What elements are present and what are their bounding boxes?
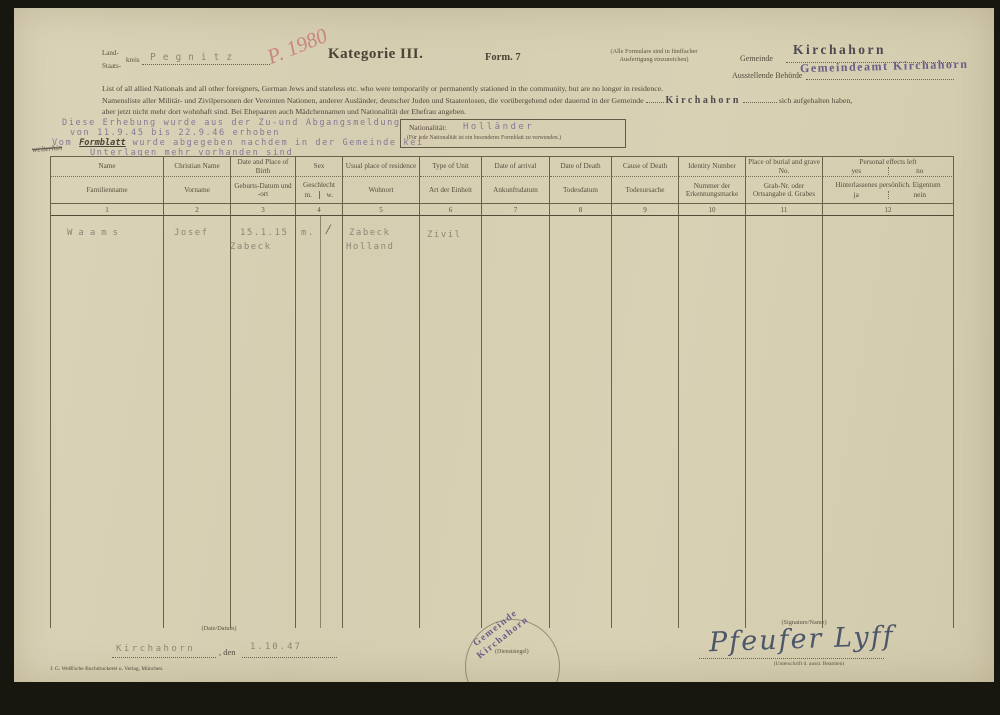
nationality-value: Holländer bbox=[463, 122, 534, 132]
body-col-geburt: 15.1.15 Zabeck bbox=[231, 216, 296, 628]
col-num-4: 4 bbox=[296, 204, 343, 216]
register-table: Name Christian Name Date and Place of Bi… bbox=[50, 156, 954, 628]
body-col-name: Waams bbox=[51, 216, 164, 628]
col-header-de-vorname: Vorname bbox=[164, 177, 231, 204]
printer-imprint: J. G. Weiß'sche Buchdruckerei u. Verlag,… bbox=[50, 666, 164, 672]
col-header-en-unit: Type of Unit bbox=[420, 157, 482, 177]
col-header-en-identity: Identity Number bbox=[679, 157, 746, 177]
behoerde-label: Ausstellende Behörde bbox=[732, 71, 802, 80]
nationality-label: Nationalität: bbox=[409, 123, 447, 132]
place-value: Kirchahorn bbox=[116, 644, 195, 654]
col-num-6: 6 bbox=[420, 204, 482, 216]
col-header-en-effects-title: Personal effects left bbox=[860, 158, 917, 166]
effects-yes-label: yes bbox=[825, 167, 888, 175]
entry-unit: Zivil bbox=[427, 230, 462, 240]
effects-no-label: no bbox=[889, 167, 952, 175]
kreis-label: kreis bbox=[126, 56, 140, 64]
entry-residence-line1: Zabeck bbox=[349, 228, 391, 238]
body-col-erkennungsmarke bbox=[679, 216, 746, 628]
col-header-de-ankunft: Ankunftsdatum bbox=[482, 177, 550, 204]
col-header-en-christian-name: Christian Name bbox=[164, 157, 231, 177]
form-paper: Land- Staats- kreis Pegnitz P. 1980 Kate… bbox=[14, 8, 994, 682]
body-col-ankunft bbox=[482, 216, 550, 628]
col-header-en-burial: Place of burial and grave No. bbox=[746, 157, 823, 177]
col-header-en-sex: Sex bbox=[296, 157, 343, 177]
intro-line-en: List of all allied Nationals and all oth… bbox=[102, 84, 957, 94]
nationality-note: (Für jede Nationalität ist ein besondere… bbox=[407, 135, 561, 141]
eigentum-ja-label: ja bbox=[825, 191, 888, 199]
col-header-de-todesursache: Todesursache bbox=[612, 177, 679, 204]
col-header-de-erkennungsmarke: Nummer der Erkennungsmarke bbox=[679, 177, 746, 204]
geschlecht-w-label: w. bbox=[320, 191, 341, 199]
eigentum-sub: ja nein bbox=[825, 191, 951, 199]
intro-line-de-text: Namensliste aller Militär- und Zivilpers… bbox=[102, 96, 644, 105]
col-num-9: 9 bbox=[612, 204, 679, 216]
body-col-grab bbox=[746, 216, 823, 628]
land-label: Land- bbox=[102, 49, 119, 57]
typed-note-line1: Diese Erhebung wurde aus der Zu-und Abga… bbox=[62, 118, 401, 128]
margin-handwritten-note: weiterhin bbox=[32, 143, 63, 154]
col-header-en-death-cause: Cause of Death bbox=[612, 157, 679, 177]
col-num-11: 11 bbox=[746, 204, 823, 216]
col-num-10: 10 bbox=[679, 204, 746, 216]
seal-label: (Dienstsiegel) bbox=[495, 649, 529, 655]
signature-dotted-line bbox=[699, 645, 884, 659]
body-col-eigentum bbox=[823, 216, 954, 628]
typed-note-line2: von 11.9.45 bis 22.9.46 erhoben bbox=[70, 128, 280, 138]
col-num-7: 7 bbox=[482, 204, 550, 216]
intro-dots-right bbox=[743, 102, 777, 103]
den-label: , den bbox=[219, 647, 236, 657]
document-scan: { "header": { "land_label": "Land-", "st… bbox=[0, 0, 1000, 715]
sex-column-divider bbox=[320, 216, 321, 628]
intro-line-de-tail: sich aufgehalten haben, bbox=[779, 96, 852, 105]
body-col-sex: m. / bbox=[296, 216, 343, 628]
col-header-de-grab: Grab-Nr. oder Ortsangabe d. Grabes bbox=[746, 177, 823, 204]
red-archival-mark: P. 1980 bbox=[264, 23, 331, 70]
body-col-vorname: Josef bbox=[164, 216, 231, 628]
geschlecht-m-label: m. bbox=[298, 191, 319, 199]
col-header-de-name: Familienname bbox=[51, 177, 164, 204]
entry-birth-place: Zabeck bbox=[230, 242, 272, 252]
eigentum-nein-label: nein bbox=[889, 191, 952, 199]
staats-label: Staats- bbox=[102, 62, 121, 70]
col-header-en-arrival: Date of arrival bbox=[482, 157, 550, 177]
col-num-12: 12 bbox=[823, 204, 954, 216]
entry-name: Waams bbox=[67, 228, 124, 238]
col-header-en-effects: Personal effects left yes no bbox=[823, 157, 954, 177]
intro-line-de2: aber jetzt nicht mehr dort wohnhaft sind… bbox=[102, 107, 957, 117]
col-header-de-todesdatum: Todesdatum bbox=[550, 177, 612, 204]
col-num-3: 3 bbox=[231, 204, 296, 216]
gemeinde-label: Gemeinde bbox=[740, 54, 773, 63]
col-header-en-birth: Date and Place of Birth bbox=[231, 157, 296, 177]
gemeinde-stamp: Kirchahorn bbox=[793, 42, 886, 58]
entry-birth-date: 15.1.15 bbox=[240, 228, 288, 238]
typed-note-line3: Vom Formblatt wurde abgegeben nachdem in… bbox=[52, 138, 424, 148]
col-num-1: 1 bbox=[51, 204, 164, 216]
entry-sex-mark: / bbox=[326, 222, 330, 239]
intro-line-de: Namensliste aller Militär- und Zivilpers… bbox=[102, 94, 957, 107]
copies-note-line1: (Alle Formulare sind in fünffacher bbox=[589, 48, 719, 56]
kreis-value: Pegnitz bbox=[150, 52, 239, 63]
col-header-de-einheit: Art der Einheit bbox=[420, 177, 482, 204]
geschlecht-title: Geschlecht bbox=[303, 181, 335, 189]
col-header-en-name: Name bbox=[51, 157, 164, 177]
date-label: (Date/Datum) bbox=[174, 625, 264, 632]
date-value: 1.10.47 bbox=[250, 642, 302, 652]
col-header-en-residence: Usual place of residence bbox=[343, 157, 420, 177]
copies-note: (Alle Formulare sind in fünffacher Ausfe… bbox=[589, 48, 719, 64]
col-header-en-effects-sub: yes no bbox=[825, 167, 951, 175]
col-num-8: 8 bbox=[550, 204, 612, 216]
entry-vorname: Josef bbox=[174, 228, 209, 238]
intro-dots-left bbox=[646, 102, 664, 103]
entry-residence-line2: Holland bbox=[346, 242, 394, 252]
body-col-wohnort: Zabeck Holland bbox=[343, 216, 420, 628]
typed-note-line3-rest: wurde abgegeben nachdem in der Gemeinde … bbox=[132, 138, 423, 148]
col-header-de-eigentum: Hinterlassenes persönlich. Eigentum ja n… bbox=[823, 177, 954, 204]
col-header-de-geburt: Geburts-Datum und -ort bbox=[231, 177, 296, 204]
intro-gemeinde-stamp: Kirchahorn bbox=[666, 95, 741, 106]
entry-sex: m. bbox=[301, 228, 315, 238]
typed-note-line3-insert: Formblatt bbox=[79, 138, 126, 148]
geschlecht-sub: m. w. bbox=[298, 191, 340, 199]
intro-paragraph: List of all allied Nationals and all oth… bbox=[102, 84, 957, 118]
body-col-todesursache bbox=[612, 216, 679, 628]
form-title: Kategorie III. bbox=[328, 46, 423, 63]
eigentum-title: Hinterlassenes persönlich. Eigentum bbox=[835, 181, 940, 189]
copies-note-line2: Ausfertigung einzureichen) bbox=[589, 56, 719, 64]
typed-note-line4: Unterlagen mehr vorhanden sind bbox=[90, 148, 293, 158]
col-num-2: 2 bbox=[164, 204, 231, 216]
body-col-todesdatum bbox=[550, 216, 612, 628]
signature-sublabel: (Unterschrift d. ausst. Beamten) bbox=[739, 661, 879, 667]
col-num-5: 5 bbox=[343, 204, 420, 216]
col-header-en-death-date: Date of Death bbox=[550, 157, 612, 177]
body-col-einheit: Zivil bbox=[420, 216, 482, 628]
form-number: Form. 7 bbox=[485, 52, 521, 63]
col-header-de-wohnort: Wohnort bbox=[343, 177, 420, 204]
col-header-de-geschlecht: Geschlecht m. w. bbox=[296, 177, 343, 204]
nationality-box: Nationalität: Holländer (Für jede Nation… bbox=[400, 119, 626, 148]
